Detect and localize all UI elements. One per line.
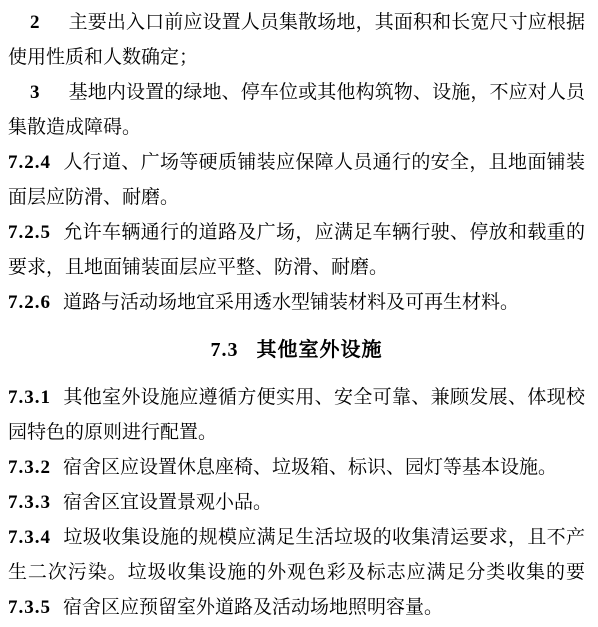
- clause-number: 7.3.5: [8, 597, 51, 618]
- clause-paragraph: 7.3.3宿舍区宜设置景观小品。: [8, 485, 585, 520]
- line-text: 生二次污染。垃圾收集设施的外观色彩及标志应满足分类收集的要求。: [8, 562, 585, 590]
- line-text: 使用性质和人数确定；: [8, 47, 198, 68]
- list-item-number: 3: [30, 82, 41, 103]
- line-text: 垃圾收集设施的规模应满足生活垃圾的收集清运要求，且不产: [63, 527, 585, 548]
- text-line: 7.3.5宿舍区应预留室外道路及活动场地照明容量。: [8, 590, 585, 625]
- clause-number: 7.3.1: [8, 387, 51, 408]
- list-item-paragraph: 3基地内设置的绿地、停车位或其他构筑物、设施，不应对人员集散造成障碍。: [8, 75, 585, 145]
- text-line: 7.2.5允许车辆通行的道路及广场，应满足车辆行驶、停放和载重的: [8, 215, 585, 250]
- line-text: 面层应防滑、耐磨。: [8, 187, 179, 208]
- text-line: 集散造成障碍。: [8, 110, 585, 145]
- line-text: 人行道、广场等硬质铺装应保障人员通行的安全，且地面铺装: [63, 152, 585, 173]
- text-line: 7.3.3宿舍区宜设置景观小品。: [8, 485, 585, 520]
- clause-number: 7.2.5: [8, 222, 51, 243]
- line-text: 主要出入口前应设置人员集散场地，其面积和长宽尺寸应根据: [69, 12, 586, 33]
- line-text: 道路与活动场地宜采用透水型铺装材料及可再生材料。: [63, 292, 519, 313]
- clause-number: 7.3.2: [8, 457, 51, 478]
- document-page: 2主要出入口前应设置人员集散场地，其面积和长宽尺寸应根据使用性质和人数确定；3基…: [0, 0, 598, 627]
- text-line: 要求，且地面铺装面层应平整、防滑、耐磨。: [8, 250, 585, 285]
- clause-paragraph: 7.3.1其他室外设施应遵循方便实用、安全可靠、兼顾发展、体现校园特色的原则进行…: [8, 380, 585, 450]
- line-text: 允许车辆通行的道路及广场，应满足车辆行驶、停放和载重的: [63, 222, 585, 243]
- line-text: 园特色的原则进行配置。: [8, 422, 217, 443]
- section-heading: 7.3其他室外设施: [8, 332, 585, 368]
- list-item-paragraph: 2主要出入口前应设置人员集散场地，其面积和长宽尺寸应根据使用性质和人数确定；: [8, 5, 585, 75]
- clause-paragraph: 7.3.4垃圾收集设施的规模应满足生活垃圾的收集清运要求，且不产生二次污染。垃圾…: [8, 520, 585, 590]
- clause-paragraph: 7.2.6道路与活动场地宜采用透水型铺装材料及可再生材料。: [8, 285, 585, 320]
- line-text: 宿舍区应设置休息座椅、垃圾箱、标识、园灯等基本设施。: [63, 457, 557, 478]
- clause-paragraph: 7.3.2宿舍区应设置休息座椅、垃圾箱、标识、园灯等基本设施。: [8, 450, 585, 485]
- list-item-number: 2: [30, 12, 41, 33]
- clause-number: 7.2.6: [8, 292, 51, 313]
- line-text: 其他室外设施应遵循方便实用、安全可靠、兼顾发展、体现校: [63, 387, 585, 408]
- text-line: 3基地内设置的绿地、停车位或其他构筑物、设施，不应对人员: [8, 75, 585, 110]
- text-line: 使用性质和人数确定；: [8, 40, 585, 75]
- clause-number: 7.2.4: [8, 152, 51, 173]
- text-line: 7.3.1其他室外设施应遵循方便实用、安全可靠、兼顾发展、体现校: [8, 380, 585, 415]
- clause-number: 7.3.4: [8, 527, 51, 548]
- clause-paragraph: 7.2.5允许车辆通行的道路及广场，应满足车辆行驶、停放和载重的要求，且地面铺装…: [8, 215, 585, 285]
- text-line: 7.3.4垃圾收集设施的规模应满足生活垃圾的收集清运要求，且不产: [8, 520, 585, 555]
- text-line: 2主要出入口前应设置人员集散场地，其面积和长宽尺寸应根据: [8, 5, 585, 40]
- line-text: 要求，且地面铺装面层应平整、防滑、耐磨。: [8, 257, 388, 278]
- line-text: 宿舍区宜设置景观小品。: [63, 492, 272, 513]
- text-line: 7.2.4人行道、广场等硬质铺装应保障人员通行的安全，且地面铺装: [8, 145, 585, 180]
- line-text: 基地内设置的绿地、停车位或其他构筑物、设施，不应对人员: [69, 82, 586, 103]
- section-title: 其他室外设施: [257, 339, 383, 361]
- clause-number: 7.3.3: [8, 492, 51, 513]
- section-number: 7.3: [211, 339, 239, 361]
- line-text: 集散造成障碍。: [8, 117, 141, 138]
- text-line: 7.3.2宿舍区应设置休息座椅、垃圾箱、标识、园灯等基本设施。: [8, 450, 585, 485]
- clause-paragraph: 7.3.5宿舍区应预留室外道路及活动场地照明容量。: [8, 590, 585, 625]
- text-line: 园特色的原则进行配置。: [8, 415, 585, 450]
- text-line: 面层应防滑、耐磨。: [8, 180, 585, 215]
- text-line: 7.2.6道路与活动场地宜采用透水型铺装材料及可再生材料。: [8, 285, 585, 320]
- clause-paragraph: 7.2.4人行道、广场等硬质铺装应保障人员通行的安全，且地面铺装面层应防滑、耐磨…: [8, 145, 585, 215]
- text-line: 生二次污染。垃圾收集设施的外观色彩及标志应满足分类收集的要求。: [8, 555, 585, 590]
- line-text: 宿舍区应预留室外道路及活动场地照明容量。: [63, 597, 443, 618]
